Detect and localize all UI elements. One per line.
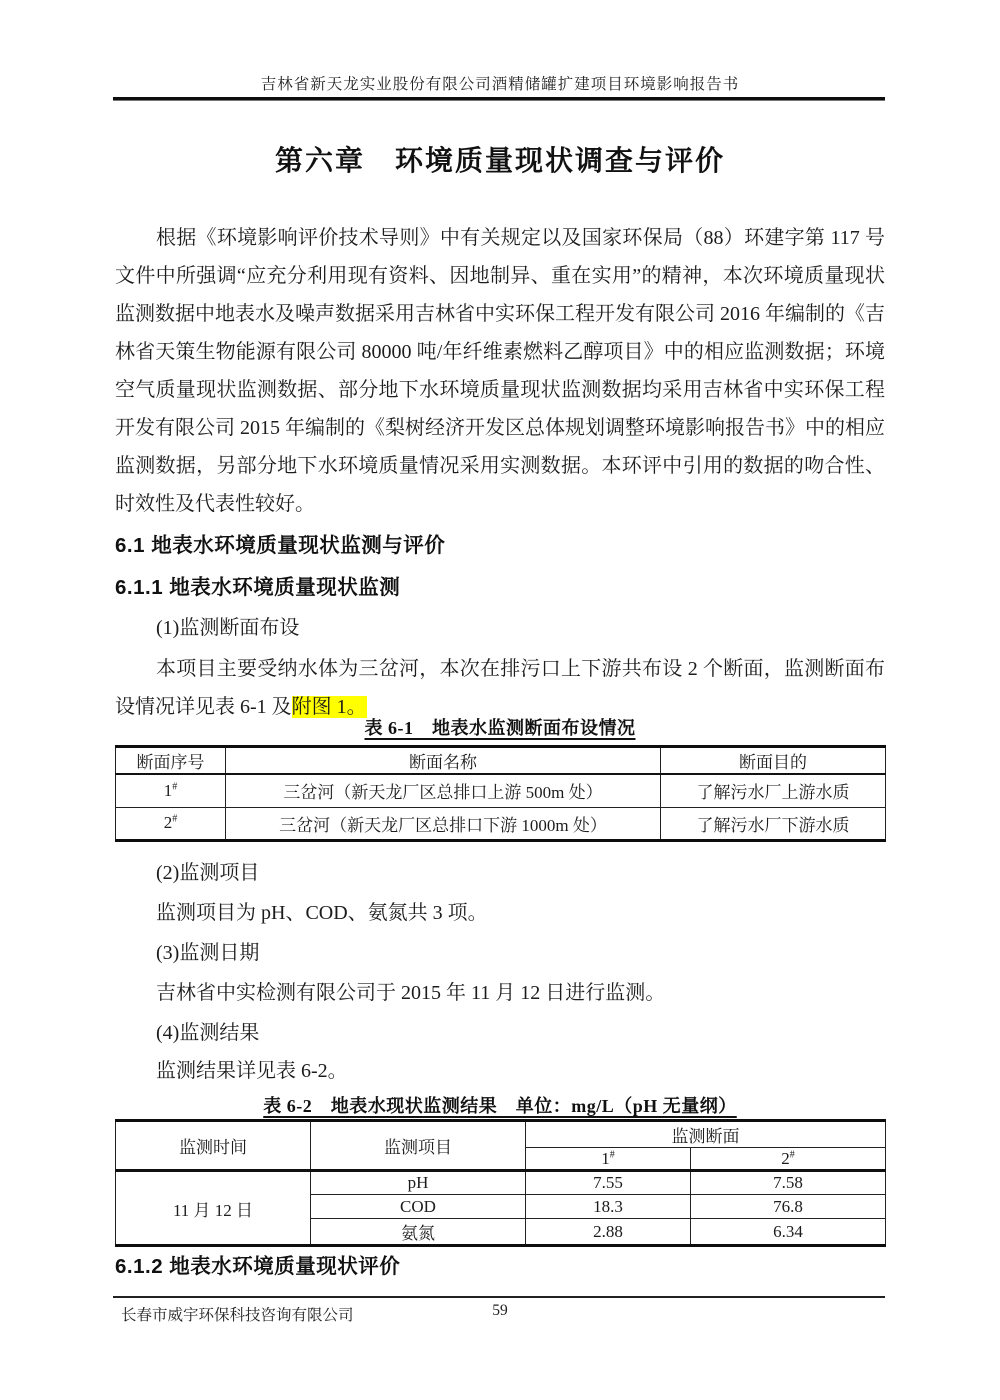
table-6-1-col-section-purpose: 断面目的 [661, 747, 886, 775]
section-no-cell: 2# [116, 807, 226, 840]
section-2-label: 2 [781, 1149, 790, 1168]
section-no: 2 [164, 813, 173, 832]
table-6-2: 监测时间 监测项目 监测断面 1# 2# 11 月 12 日 pH 7.55 7… [115, 1119, 886, 1247]
section-6-1-2-heading: 6.1.2 地表水环境质量现状评价 [115, 1249, 400, 1279]
item-1-monitoring-sections-label: (1)监测断面布设 [115, 616, 885, 640]
section-6-1-1-heading: 6.1.1 地表水环境质量现状监测 [115, 570, 400, 600]
value-cell: 6.34 [691, 1219, 886, 1246]
section-1-header: 1# [526, 1148, 691, 1171]
section-2-sup: # [790, 1149, 795, 1160]
value-cell: 18.3 [526, 1195, 691, 1219]
section-6-1-heading: 6.1 地表水环境质量现状监测与评价 [115, 528, 445, 558]
item-4-monitoring-results-label: (4)监测结果 [115, 1021, 885, 1045]
intro-paragraph: 根据《环境影响评价技术导则》中有关规定以及国家环保局（88）环建字第 117 号… [115, 219, 885, 523]
section-no-sup: # [172, 813, 177, 824]
item-4-monitoring-results-text: 监测结果详见表 6-2。 [115, 1059, 885, 1083]
table-row: 11 月 12 日 pH 7.55 7.58 [116, 1171, 886, 1195]
monitor-item-cell: pH [311, 1171, 526, 1195]
table-6-1-title: 表 6-1 地表水监测断面布设情况 [115, 714, 885, 740]
col-monitor-item: 监测项目 [311, 1121, 526, 1171]
table-row: 2# 三岔河（新天龙厂区总排口下游 1000m 处） 了解污水厂下游水质 [116, 807, 886, 840]
section-no-sup: # [172, 781, 177, 792]
header-divider [113, 97, 885, 101]
running-header-title: 吉林省新天龙实业股份有限公司酒精储罐扩建项目环境影响报告书 [0, 72, 1000, 94]
section-purpose-cell: 了解污水厂下游水质 [661, 807, 886, 840]
value-cell: 2.88 [526, 1219, 691, 1246]
section-1-label: 1 [601, 1149, 610, 1168]
monitor-item-cell: COD [311, 1195, 526, 1219]
monitor-time-cell: 11 月 12 日 [116, 1171, 311, 1246]
table-6-1-col-section-name: 断面名称 [226, 747, 661, 775]
chapter-title: 第六章 环境质量现状调查与评价 [0, 139, 1000, 179]
footer-divider [113, 1296, 885, 1298]
section-name-cell: 三岔河（新天龙厂区总排口上游 500m 处） [226, 774, 661, 807]
section-1-sup: # [610, 1149, 615, 1160]
paragraph-text: 本项目主要受纳水体为三岔河，本次在排污口上下游共布设 2 个断面，监测断面布设情… [115, 658, 885, 718]
page-number: 59 [0, 1302, 1000, 1320]
monitor-item-cell: 氨氮 [311, 1219, 526, 1246]
value-cell: 7.55 [526, 1171, 691, 1195]
table-row: 1# 三岔河（新天龙厂区总排口上游 500m 处） 了解污水厂上游水质 [116, 774, 886, 807]
section-no-cell: 1# [116, 774, 226, 807]
section-no: 1 [164, 781, 173, 800]
table-6-1-col-section-no: 断面序号 [116, 747, 226, 775]
table-6-1-title-text: 表 6-1 地表水监测断面布设情况 [365, 718, 636, 738]
item-3-monitoring-date-label: (3)监测日期 [115, 941, 885, 965]
section-name-cell: 三岔河（新天龙厂区总排口下游 1000m 处） [226, 807, 661, 840]
col-monitor-time: 监测时间 [116, 1121, 311, 1171]
item-2-monitoring-items-text: 监测项目为 pH、COD、氨氮共 3 项。 [115, 901, 885, 925]
table-6-2-title: 表 6-2 地表水现状监测结果 单位：mg/L（pH 无量纲） [115, 1092, 885, 1118]
value-cell: 76.8 [691, 1195, 886, 1219]
table-6-1: 断面序号 断面名称 断面目的 1# 三岔河（新天龙厂区总排口上游 500m 处）… [115, 745, 886, 842]
item-3-monitoring-date-text: 吉林省中实检测有限公司于 2015 年 11 月 12 日进行监测。 [115, 981, 885, 1005]
table-6-2-header-row-1: 监测时间 监测项目 监测断面 [116, 1121, 886, 1148]
table-6-2-title-text: 表 6-2 地表水现状监测结果 单位：mg/L（pH 无量纲） [263, 1096, 737, 1116]
value-cell: 7.58 [691, 1171, 886, 1195]
col-monitor-section-group: 监测断面 [526, 1121, 886, 1148]
item-2-monitoring-items-label: (2)监测项目 [115, 861, 885, 885]
report-page: 吉林省新天龙实业股份有限公司酒精储罐扩建项目环境影响报告书 第六章 环境质量现状… [0, 0, 1000, 1400]
section-2-header: 2# [691, 1148, 886, 1171]
section-purpose-cell: 了解污水厂上游水质 [661, 774, 886, 807]
table-6-1-header-row: 断面序号 断面名称 断面目的 [116, 747, 886, 775]
